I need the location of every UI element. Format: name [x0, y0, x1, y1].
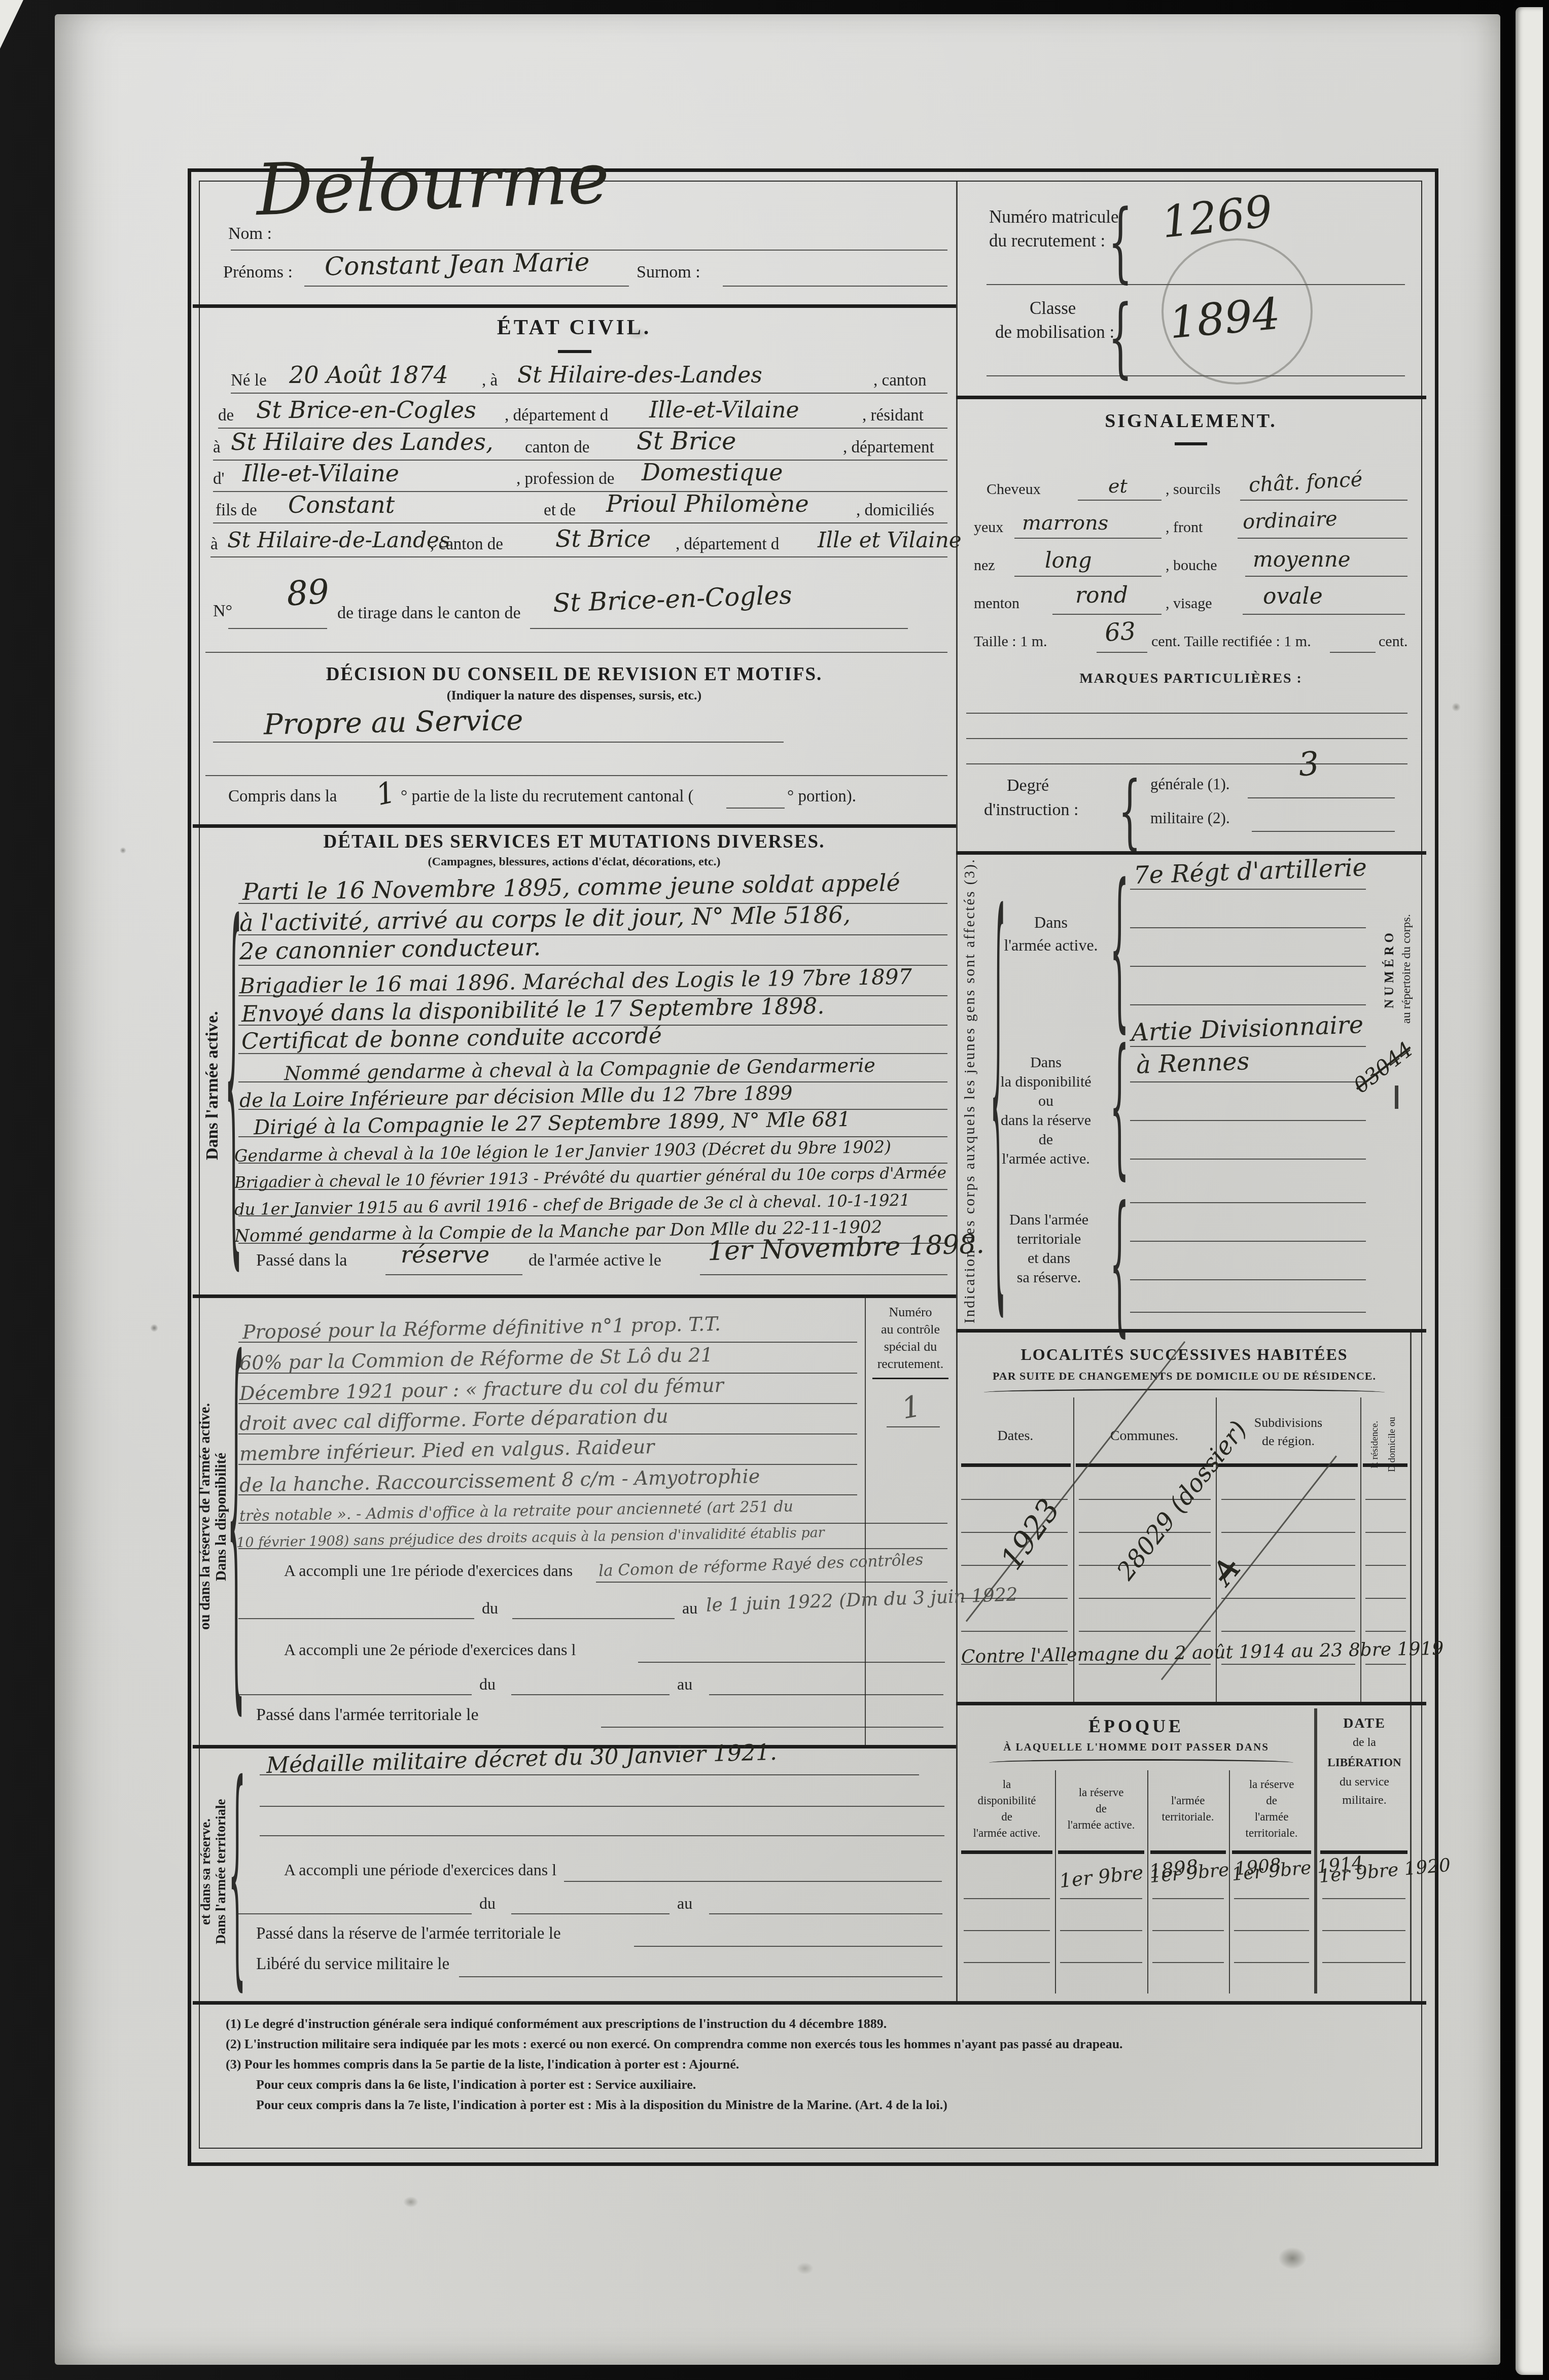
ep-date-label: de la [1353, 1736, 1376, 1749]
ec-label: , résidant [862, 406, 924, 425]
passe-terr-label: Passé dans l'armée territoriale le [256, 1705, 479, 1725]
ep-head-rule [1232, 1850, 1311, 1854]
sig-rule [1245, 576, 1407, 577]
sig-rule [1240, 500, 1407, 501]
ep-row-rule [1322, 1930, 1405, 1931]
corps-numero-label: NUMÉRO [1383, 883, 1397, 1055]
title-dash [1175, 442, 1207, 445]
sig-rule [1330, 652, 1376, 653]
passe-terr-rule [601, 1727, 943, 1728]
loc-row-rule [961, 1598, 1068, 1599]
corps-rule [1130, 966, 1366, 967]
loc-row-rule [1079, 1631, 1211, 1632]
du-rule2 [512, 1618, 675, 1619]
degre-rule [1248, 797, 1395, 798]
dispo-side-label-2: ou dans la réserve de l'armée active. [197, 1314, 214, 1720]
section-rule [193, 824, 956, 828]
col-subdiv2: de région. [1262, 1433, 1315, 1449]
ctrl-header: recrutement. [877, 1356, 944, 1372]
ec-label: , département d [505, 406, 608, 425]
ep-row-rule [964, 1930, 1050, 1931]
col-dr1: D domicile ou [1387, 1404, 1398, 1485]
ec-value: St Hilaire des Landes, [231, 428, 494, 456]
ec-label: , canton de [430, 535, 503, 554]
ec-label: à [213, 438, 221, 457]
section-rule [956, 1329, 1426, 1333]
du-rule2 [511, 1694, 670, 1695]
sig-rule [1243, 614, 1405, 615]
sig-label: cent. [1379, 633, 1407, 650]
corps-rule [1130, 889, 1366, 890]
periode1-label: A accompli une 1re période d'exercices d… [284, 1561, 573, 1580]
tirage-rule2 [530, 628, 908, 629]
libere-label: Libéré du service militaire le [256, 1955, 449, 1974]
ec-value: St Brice [637, 427, 736, 456]
degre-mil-label: militaire (2). [1150, 809, 1230, 827]
terr-side-label-2: et dans sa réserve. [198, 1753, 214, 1991]
ec-value: St Brice [555, 525, 651, 552]
portion-rule [726, 808, 785, 809]
tirage-no-label: N° [213, 602, 232, 621]
corps-dispo-label: dans la réserve [1001, 1112, 1091, 1129]
ec-label: , à [482, 371, 498, 390]
brace-glyph: { [1108, 199, 1133, 285]
loc-row-rule [961, 1499, 1068, 1500]
corps-terr-label: territoriale [1017, 1231, 1081, 1248]
sig-rule [1014, 576, 1161, 577]
ep-col4: la réserve [1249, 1778, 1294, 1791]
ec-value: Ille et Vilaine [818, 528, 962, 552]
passe-label: Passé dans la [256, 1251, 347, 1270]
ep-head-rule [1058, 1850, 1144, 1854]
ec-label: , canton [873, 371, 926, 390]
terr-passe-rule [634, 1946, 942, 1947]
du-label: du [479, 1675, 496, 1694]
passe-value1: réserve [401, 1241, 489, 1268]
ep-row-rule [1322, 1898, 1405, 1899]
ec-label: canton de [525, 438, 589, 457]
corps-dispo-label: l'armée active. [1002, 1150, 1090, 1168]
classe-rule [987, 375, 1405, 376]
corps-rule [1130, 1202, 1366, 1203]
loc-right-border [1410, 1329, 1412, 2001]
matricule-label2: du recrutement : [989, 231, 1105, 251]
sig-label: yeux [974, 519, 1003, 536]
signalement-title: SIGNALEMENT. [1105, 410, 1277, 432]
services-title: DÉTAIL DES SERVICES ET MUTATIONS DIVERSE… [324, 831, 825, 853]
compris-label3: ° portion). [787, 787, 856, 806]
brace-glyph: { [1110, 862, 1129, 1035]
decision-subtitle: (Indiquer la nature des dispenses, sursi… [447, 688, 702, 703]
periode1-rule [596, 1582, 947, 1583]
sig-label: Cheveux [987, 481, 1041, 498]
ep-col2: de [1096, 1802, 1107, 1815]
stain [796, 2262, 814, 2274]
ep-col1: de [1001, 1810, 1012, 1824]
corps-terr-label: Dans l'armée [1009, 1211, 1088, 1229]
marques-rule [966, 713, 1407, 714]
epoque-subtitle: À LAQUELLE L'HOMME DOIT PASSER DANS [1003, 1741, 1269, 1754]
ep-head-rule [1150, 1850, 1226, 1854]
sig-rule [1097, 652, 1147, 653]
ec-rule [231, 393, 947, 394]
ctrl-header: spécial du [884, 1339, 937, 1354]
compris-label: Compris dans la [228, 787, 337, 806]
ep-row-rule [1152, 1962, 1224, 1963]
matricule-label: Numéro matricule [989, 207, 1119, 227]
loc-row-rule [1221, 1532, 1355, 1533]
decision-title: DÉCISION DU CONSEIL DE REVISION ET MOTIF… [326, 663, 823, 685]
corps-dispo-label: ou [1038, 1093, 1053, 1110]
ec-value: Ille-et-Vilaine [242, 460, 399, 487]
ec-value: Constant [288, 491, 395, 518]
footnote-1: (1) Le degré d'instruction générale sera… [226, 2016, 887, 2032]
terr-passe-label: Passé dans la réserve de l'armée territo… [256, 1924, 561, 1943]
brace-glyph: { [1110, 1187, 1129, 1339]
corps-dispo-label: la disponibilité [1000, 1073, 1091, 1091]
loc-row-rule [1221, 1565, 1355, 1566]
disp-rule [238, 1464, 857, 1465]
sig-value: et [1108, 475, 1128, 497]
ep-row-rule [1152, 1930, 1224, 1931]
ep-row-rule [964, 1898, 1050, 1899]
disp-rule [238, 1342, 857, 1343]
col-subdiv: Subdivisions [1254, 1415, 1322, 1430]
degre-gen-value: 3 [1297, 745, 1321, 784]
ep-date-label: DATE [1343, 1716, 1386, 1732]
ep-col2: la réserve [1079, 1786, 1124, 1799]
passe-rule [385, 1274, 522, 1275]
loc-row-rule [1365, 1499, 1406, 1500]
ctrl-value-rule [887, 1426, 940, 1427]
round-stamp [1161, 238, 1313, 384]
ep-col4: territoriale. [1246, 1827, 1298, 1840]
classe-label2: de mobilisation : [995, 322, 1114, 342]
terr-periode-label: A accompli une période d'exercices dans … [284, 1861, 556, 1879]
ec-value: St Hilaire-des-Landes [517, 362, 762, 388]
loc-row-rule [1221, 1598, 1355, 1599]
ep-row-rule [1060, 1962, 1142, 1963]
passe-label2: de l'armée active le [529, 1251, 661, 1270]
compris-label2: ° partie de la liste du recrutement cant… [401, 787, 694, 806]
nom-value: Delourme [255, 137, 611, 232]
blank-rule [205, 652, 947, 653]
ep-col1: disponibilité [978, 1794, 1036, 1807]
corps-rule [1130, 1279, 1366, 1280]
stain [1278, 2247, 1307, 2269]
corps-dispo-label: de [1039, 1131, 1053, 1148]
ep-head-rule [961, 1850, 1052, 1854]
sig-label: nez [974, 557, 995, 574]
du-rule [238, 1618, 474, 1619]
blank-rule [205, 775, 947, 776]
loc-head-rule [1218, 1463, 1358, 1467]
decision-rule [213, 742, 784, 743]
sig-value: long [1045, 548, 1092, 573]
marques-rule [966, 763, 1407, 764]
ec-label: , département d [676, 535, 779, 554]
ctrl-header: au contrôle [881, 1322, 940, 1337]
corps-side-label: Indication des corps auxquels les jeunes… [962, 862, 978, 1319]
loc-row-rule [1221, 1664, 1355, 1665]
loc-row-rule [1365, 1631, 1406, 1632]
ec-value: St Hilaire-de-Landes [227, 528, 450, 552]
sig-rule [1078, 500, 1161, 501]
corps-dispo-label: Dans [1030, 1054, 1062, 1071]
brace-glyph: { [1110, 1030, 1129, 1182]
ep-date-divider [1314, 1708, 1317, 1993]
sig-value: rond [1075, 582, 1128, 608]
corps-active-label2: l'armée active. [1004, 936, 1098, 955]
ec-label: de [218, 406, 234, 425]
corps-active-label: Dans [1034, 913, 1068, 932]
header-arc [984, 1389, 1385, 1397]
footnote-top-rule [193, 2001, 1426, 2005]
loc-row-rule [1365, 1664, 1406, 1665]
terr-du-rule2 [511, 1913, 670, 1914]
ep-col2: l'armée active. [1067, 1818, 1135, 1832]
ep-row-rule [1234, 1898, 1309, 1899]
corner-page-sliver [0, 0, 23, 49]
ep-row-rule [1322, 1962, 1405, 1963]
corps-dispo-value2: à Rennes [1136, 1047, 1250, 1079]
corps-rule [1130, 1312, 1366, 1313]
svc-rule [238, 1053, 947, 1054]
sig-label: cent. Taille rectifiée : 1 m. [1151, 633, 1311, 650]
next-page-edge [1516, 7, 1543, 2375]
ep-row-rule [1234, 1930, 1309, 1931]
section-rule [956, 1702, 1426, 1705]
corps-terr-label: et dans [1028, 1250, 1070, 1267]
terr-side-label-1: Dans l'armée territoriale [213, 1753, 229, 1991]
ec-label: , domiciliés [856, 501, 934, 520]
header-divider [193, 304, 956, 308]
prenoms-label: Prénoms : [223, 263, 293, 282]
prenoms-rule [304, 286, 629, 287]
ep-col1: l'armée active. [973, 1827, 1040, 1840]
loc-row-rule [1365, 1565, 1406, 1566]
terr-rule [260, 1835, 944, 1836]
sig-value: ovale [1263, 583, 1323, 609]
terr-au-rule [709, 1913, 942, 1914]
ep-col-divider [1229, 1770, 1230, 1993]
terr-rule [260, 1806, 944, 1807]
terr-du-rule [238, 1913, 472, 1914]
localites-title: LOCALITÉS SUCCESSIVES HABITÉES [1020, 1345, 1348, 1364]
footnote-4: Pour ceux compris dans la 6e liste, l'in… [256, 2077, 696, 2092]
au-rule [709, 1694, 943, 1695]
ep-col-divider [1055, 1770, 1056, 1993]
ep-row-rule [1234, 1962, 1309, 1963]
periode2-rule [638, 1662, 945, 1663]
marques-rule [966, 738, 1407, 739]
surnom-rule [723, 286, 947, 287]
libere-rule [459, 1976, 942, 1977]
footnote-2: (2) L'instruction militaire sera indiqué… [226, 2037, 1123, 2052]
ep-col3: territoriale. [1162, 1810, 1214, 1824]
tirage-no-value: 89 [285, 572, 330, 614]
localites-subtitle: PAR SUITE DE CHANGEMENTS DE DOMICILE OU … [993, 1370, 1376, 1383]
degre-label: Degré [1007, 776, 1049, 795]
loc-row-rule [1079, 1598, 1211, 1599]
section-rule [193, 1294, 956, 1298]
col-communes: Communes. [1110, 1428, 1179, 1444]
epoque-title: ÉPOQUE [1088, 1716, 1184, 1737]
terr-du-label: du [479, 1894, 496, 1913]
disp-rule [238, 1403, 857, 1404]
ep-row-rule [1060, 1930, 1142, 1931]
corps-rule [1130, 1159, 1366, 1160]
sig-rule [1238, 538, 1407, 539]
ec-label: d' [213, 470, 224, 488]
ep-row-rule [964, 1962, 1050, 1963]
loc-head-rule [1363, 1463, 1407, 1467]
ep-date-label: LIBÉRATION [1327, 1756, 1401, 1769]
ec-value: Domestique [642, 459, 783, 486]
ec-value: Prioul Philomène [606, 490, 809, 517]
services-subtitle: (Campagnes, blessures, actions d'éclat, … [428, 855, 721, 869]
stain [150, 1324, 158, 1332]
corps-terr-label: sa réserve. [1017, 1269, 1081, 1286]
loc-row-rule [1221, 1631, 1355, 1632]
disp-rule [238, 1433, 857, 1434]
degre-rule2 [1252, 831, 1395, 832]
passe-rule2 [700, 1274, 947, 1275]
numero-tick [1395, 1086, 1398, 1109]
tirage-rule [228, 628, 327, 629]
brace-glyph: { [1118, 771, 1141, 852]
ctrl-header: Numéro [889, 1305, 932, 1320]
loc-row-rule [1365, 1532, 1406, 1533]
sig-label: menton [974, 595, 1019, 612]
brace-glyph: { [228, 1754, 246, 1992]
col-dates: Dates. [998, 1428, 1034, 1444]
sig-label: , bouche [1166, 557, 1217, 574]
terr-au-label: au [677, 1894, 692, 1913]
ep-row-rule [1060, 1898, 1142, 1899]
sig-label: , front [1166, 519, 1203, 536]
prenoms-value: Constant Jean Marie [325, 247, 590, 281]
ec-value: St Brice-en-Cogles [256, 396, 476, 424]
ec-label: , profession de [516, 470, 614, 488]
ec-label: Né le [231, 371, 267, 390]
disp-rule [238, 1373, 857, 1374]
ec-label: fils de [216, 501, 257, 520]
stain [1452, 703, 1461, 712]
corps-rule [1130, 1081, 1366, 1082]
sig-value: 63 [1104, 617, 1137, 647]
sig-value: moyenne [1253, 547, 1351, 572]
sig-label: , visage [1166, 595, 1212, 612]
stain [403, 2196, 418, 2208]
ep-head-rule [1320, 1850, 1407, 1854]
terr-periode-rule [564, 1881, 942, 1882]
ec-rule [213, 522, 947, 523]
terr-rule [260, 1774, 919, 1775]
decision-value: Propre au Service [263, 704, 523, 742]
ep-col4: de [1266, 1794, 1277, 1807]
ep-col1: la [1003, 1778, 1011, 1791]
ep-row-rule [1152, 1898, 1224, 1899]
main-column-divider [956, 181, 958, 2003]
ec-value: 20 Août 1874 [289, 361, 448, 389]
brace-glyph: { [990, 865, 1006, 1316]
ec-label: et de [544, 501, 576, 520]
degre-label2: d'instruction : [984, 800, 1079, 820]
sig-label: Taille : 1 m. [974, 633, 1047, 650]
corps-rule [1130, 1120, 1366, 1121]
sig-rule [1014, 538, 1161, 539]
ep-date-label: du service [1340, 1775, 1389, 1789]
sig-label: , sourcils [1166, 481, 1220, 498]
sig-value: marrons [1022, 511, 1108, 535]
sig-rule [1052, 614, 1161, 615]
loc-row-rule [1365, 1598, 1406, 1599]
footnote-5: Pour ceux compris dans la 7e liste, l'in… [256, 2097, 947, 2113]
classe-label: Classe [1030, 298, 1076, 319]
ec-value: Ille-et-Vilaine [649, 397, 799, 423]
col-dr2: R résidence. [1369, 1404, 1381, 1485]
ec-rule [210, 556, 947, 557]
degre-gen-label: générale (1). [1150, 775, 1230, 793]
tirage-text: de tirage dans le canton de [337, 604, 521, 623]
du-label: du [482, 1599, 498, 1618]
scan-background: Nom : Delourme Prénoms : Constant Jean M… [0, 0, 1549, 2380]
loc-row-rule [1221, 1499, 1355, 1500]
ec-label: à [210, 535, 218, 554]
etat-civil-title: ÉTAT CIVIL. [497, 316, 652, 340]
stain [120, 847, 126, 854]
header-divider-right [956, 396, 1426, 399]
loc-row-rule [961, 1631, 1068, 1632]
ec-label: , département [843, 438, 934, 457]
service-line: 2e canonnier conducteur. [239, 933, 541, 965]
periode2-label: A accompli une 2e période d'exercices da… [284, 1640, 576, 1659]
footnote-3: (3) Pour les hommes compris dans la 5e p… [226, 2057, 739, 2072]
ep-col3: l'armée [1171, 1794, 1205, 1807]
du-rule [238, 1694, 472, 1695]
corps-rule [1130, 1241, 1366, 1242]
surnom-label: Surnom : [637, 263, 700, 282]
header-arc [989, 1759, 1293, 1768]
sig-value: ordinaire [1242, 507, 1337, 534]
ctrl-rule [872, 1378, 948, 1379]
marques-title: MARQUES PARTICULIÈRES : [1079, 671, 1302, 687]
corps-rule [1130, 1004, 1366, 1005]
loc-head-rule [961, 1463, 1071, 1467]
services-side-label: Dans l'armée active. [203, 893, 222, 1278]
au-label: au [682, 1599, 697, 1618]
corps-rule [1130, 927, 1366, 928]
ep-date-label: militaire. [1342, 1794, 1386, 1807]
ctrl-column-divider [865, 1294, 866, 1745]
au-label: au [677, 1675, 692, 1694]
brace-glyph: { [1108, 294, 1133, 380]
ep-col4: l'armée [1255, 1810, 1289, 1824]
title-dash [558, 350, 591, 353]
